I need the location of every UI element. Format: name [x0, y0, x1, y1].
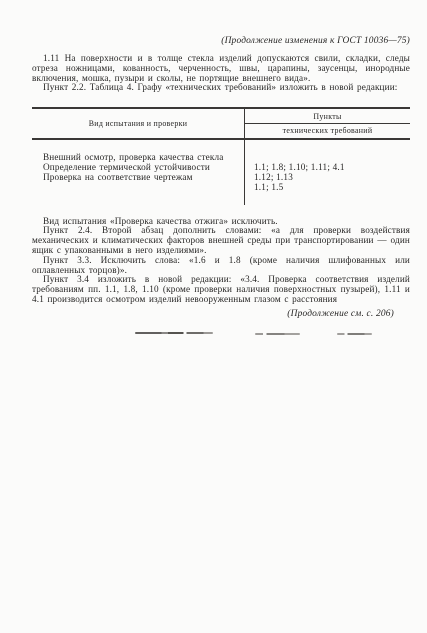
column-header-test-type-label: Вид испытания и проверки — [89, 119, 188, 128]
scan-bleed-mark — [337, 333, 372, 335]
scan-bleed-mark — [135, 332, 213, 334]
paragraph-item-2-2: Пункт 2.2. Таблица 4. Графу «технических… — [32, 83, 410, 93]
paragraph-item-3-4: Пункт 3.4 изложить в новой редакции: «3.… — [32, 275, 410, 304]
continuation-header-note: (Продолжение изменения к ГОСТ 10036—75) — [32, 36, 410, 46]
table-header-row: Вид испытания и проверки Пункты техничес… — [32, 107, 410, 140]
page-content: (Продолжение изменения к ГОСТ 10036—75) … — [0, 0, 427, 319]
table-column-test-names: Внешний осмотр, проверка качества стекла… — [32, 140, 244, 204]
column-header-points-subtitle: технических требований — [245, 124, 410, 138]
continuation-footer-note: (Продолжение см. с. 206) — [32, 309, 410, 319]
document-page: (Продолжение изменения к ГОСТ 10036—75) … — [0, 0, 427, 633]
table-header-cell-points: Пункты технических требований — [244, 109, 410, 138]
table-body: Внешний осмотр, проверка качества стекла… — [32, 140, 410, 204]
scan-bleed-mark — [255, 333, 300, 335]
table-row-points: 1.1; 1.5 — [254, 183, 410, 193]
table-row-test-name: Проверка на соответствие чертежам — [32, 173, 238, 183]
technical-requirements-table: Вид испытания и проверки Пункты техничес… — [32, 107, 410, 204]
table-column-points: 1.1; 1.8; 1.10; 1.11; 4.1 1.12; 1.13 1.1… — [244, 140, 410, 204]
paragraph-item-3-3: Пункт 3.3. Исключить слова: «1.6 и 1.8 (… — [32, 256, 410, 276]
paragraph-defects-allowed: 1.11 На поверхности и в толще стекла изд… — [32, 54, 410, 83]
column-header-points-word: Пункты — [245, 109, 410, 124]
paragraph-item-2-4: Пункт 2.4. Второй абзац дополнить словам… — [32, 226, 410, 255]
table-header-cell-test-type: Вид испытания и проверки — [32, 109, 244, 138]
